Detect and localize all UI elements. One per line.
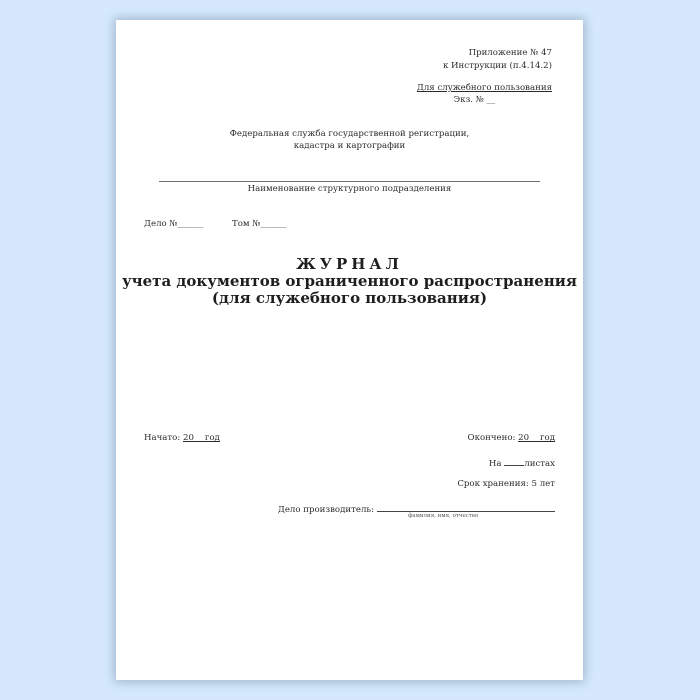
agency-name: Федеральная служба государственной регис… — [116, 128, 583, 152]
volume-number-blank: ______ — [260, 219, 286, 229]
clerk-label: Дело производитель: — [278, 505, 374, 515]
case-number-field: Дело №______ — [144, 219, 203, 229]
agency-line-1: Федеральная служба государственной регис… — [116, 128, 583, 140]
title-heading: ЖУРНАЛ — [116, 255, 583, 273]
agency-line-2: кадастра и картографии — [116, 140, 583, 152]
classification-block: Для служебного пользования Экз. № __ — [417, 82, 552, 106]
case-number-label: Дело № — [144, 219, 178, 229]
title-subtitle: учета документов ограниченного распростр… — [116, 273, 583, 290]
clerk-signature-line — [377, 502, 555, 512]
clerk-name-hint: фамилия, имя, отчество — [408, 513, 478, 519]
started-value: 20 год — [183, 433, 220, 443]
copy-number: Экз. № __ — [417, 94, 552, 106]
classification-label: Для служебного пользования — [417, 82, 552, 94]
volume-number-label: Том № — [232, 219, 260, 229]
instruction-reference: к Инструкции (п.4.14.2) — [443, 60, 552, 73]
case-number-blank: ______ — [178, 219, 204, 229]
finished-value: 20 год — [518, 433, 555, 443]
subdivision-caption: Наименование структурного подразделения — [116, 184, 583, 194]
document-page: Приложение № 47 к Инструкции (п.4.14.2) … — [116, 20, 583, 680]
annex-number: Приложение № 47 — [443, 47, 552, 60]
subdivision-line — [159, 181, 540, 182]
started-label: Начато: — [144, 433, 180, 443]
journal-title: ЖУРНАЛ учета документов ограниченного ра… — [116, 255, 583, 307]
title-classification: (для служебного пользования) — [116, 290, 583, 307]
started-field: Начато: 20 год — [144, 433, 220, 443]
retention-period: Срок хранения: 5 лет — [457, 479, 555, 489]
sheet-count-suffix: листах — [524, 459, 555, 469]
sheet-count-prefix: На — [489, 459, 502, 469]
sheet-count-field: На листах — [489, 456, 555, 469]
finished-field: Окончено: 20 год — [468, 433, 555, 443]
annex-reference: Приложение № 47 к Инструкции (п.4.14.2) — [443, 47, 552, 73]
sheet-count-blank — [504, 456, 524, 466]
volume-number-field: Том №______ — [232, 219, 286, 229]
finished-label: Окончено: — [468, 433, 516, 443]
